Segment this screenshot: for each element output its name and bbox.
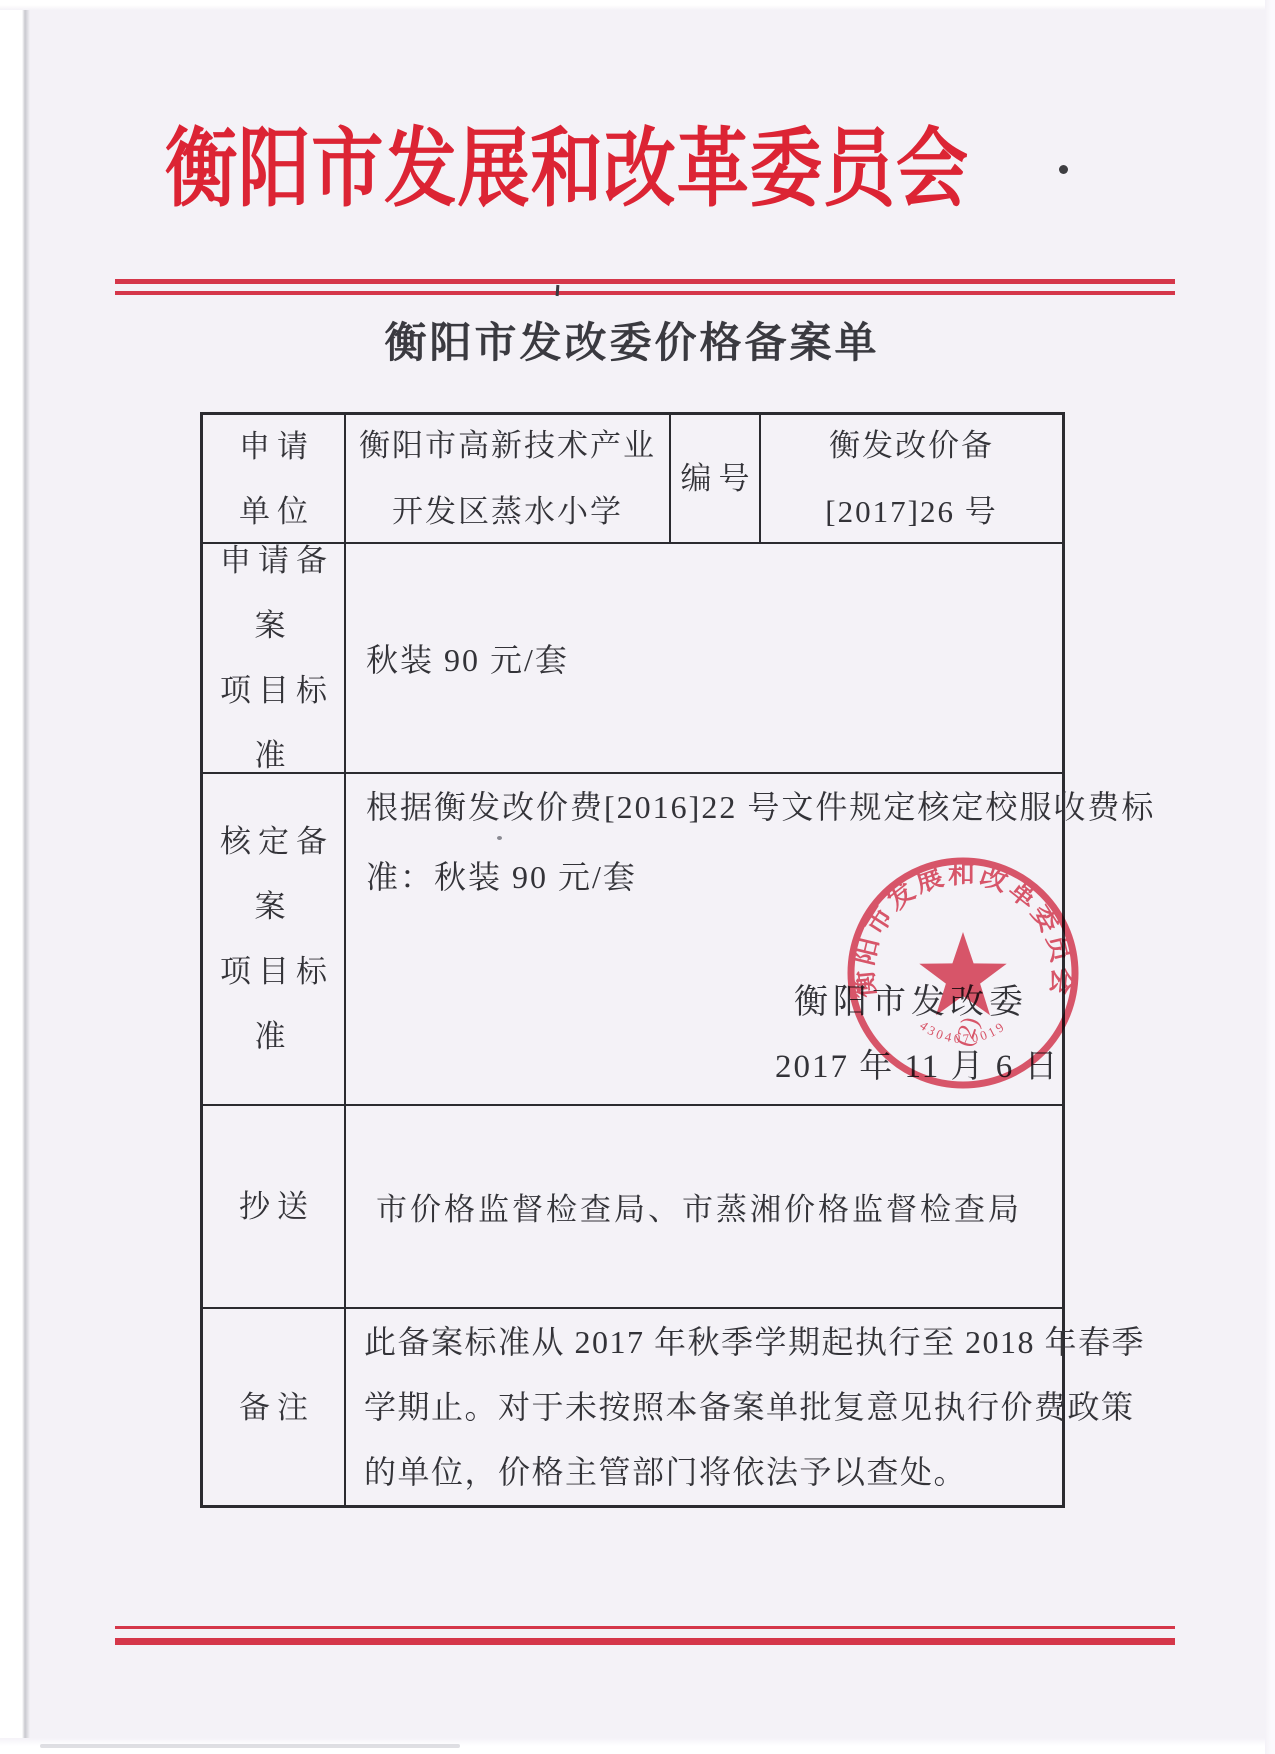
cell-copy-to-value: 市价格监督检查局、市蒸湘价格监督检查局 xyxy=(346,1106,1062,1307)
cell-number-label: 编号 xyxy=(671,415,761,542)
scan-smudge xyxy=(40,1744,460,1748)
table-row-approved-standard: 核定备案 项目标准 根据衡发改价费[2016]22 号文件规定核定校服收费标 准… xyxy=(203,774,1062,1106)
cell-remarks-label: 备注 xyxy=(203,1309,346,1505)
scanned-document-page: 衡阳市发展和改革委员会 衡阳市发改委价格备案单 申请 单位 衡阳市高新技术产业 … xyxy=(0,0,1275,1754)
approved-label-line2: 项目标准 xyxy=(203,939,344,1069)
agency-letterhead-title: 衡阳市发展和改革委员会 xyxy=(165,122,969,217)
copy-to-text: 市价格监督检查局、市蒸湘价格监督检查局 xyxy=(346,1184,1022,1229)
table-row-requested-standard: 申请备案 项目标准 秋装 90 元/套 xyxy=(203,544,1062,774)
approved-label-line1: 核定备案 xyxy=(203,809,344,939)
applicant-name-line1: 衡阳市高新技术产业 xyxy=(359,413,656,479)
scan-edge-top xyxy=(0,0,1275,10)
signing-date: 2017 年 11 月 6 日 xyxy=(775,1040,1060,1087)
document-number-line2: [2017]26 号 xyxy=(825,479,997,545)
cell-remarks-value: 此备案标准从 2017 年秋季学期起执行至 2018 年春季 学期止。对于未按照… xyxy=(346,1309,1145,1505)
requested-label-line2: 项目标准 xyxy=(203,658,344,788)
applicant-name-line2: 开发区蒸水小学 xyxy=(359,479,656,545)
price-filing-table: 申请 单位 衡阳市高新技术产业 开发区蒸水小学 编号 衡发改价备 [2017]2… xyxy=(200,412,1065,1508)
cell-requested-label: 申请备案 项目标准 xyxy=(203,544,346,772)
requested-standard-text: 秋装 90 元/套 xyxy=(346,635,569,681)
footer-rule-upper xyxy=(115,1626,1175,1629)
cell-applicant-value: 衡阳市高新技术产业 开发区蒸水小学 xyxy=(346,415,671,542)
requested-label-line1: 申请备案 xyxy=(203,528,344,658)
cell-requested-value: 秋装 90 元/套 xyxy=(346,544,1062,772)
remarks-label: 备注 xyxy=(232,1375,315,1440)
table-row-copy-to: 抄送 市价格监督检查局、市蒸湘价格监督检查局 xyxy=(203,1106,1062,1309)
cell-approved-label: 核定备案 项目标准 xyxy=(203,774,346,1104)
table-row-remarks: 备注 此备案标准从 2017 年秋季学期起执行至 2018 年春季 学期止。对于… xyxy=(203,1309,1062,1505)
number-label: 编号 xyxy=(674,446,757,511)
scan-edge-right xyxy=(1265,0,1275,1754)
cell-number-value: 衡发改价备 [2017]26 号 xyxy=(761,415,1062,542)
applicant-label-line1: 申请 xyxy=(232,414,315,479)
remarks-line2: 学期止。对于未按照本备案单批复意见执行价费政策 xyxy=(364,1375,1145,1440)
scan-speck-dot xyxy=(1059,165,1068,174)
cell-applicant-label: 申请 单位 xyxy=(203,415,346,542)
document-number-line1: 衡发改价备 xyxy=(825,413,997,479)
approved-standard-line2: 准：秋装 90 元/套 xyxy=(366,852,637,898)
signing-authority: 衡阳市发改委 xyxy=(794,974,1028,1023)
letterhead-rule-top-lower xyxy=(115,291,1175,295)
scan-edge-left xyxy=(0,0,30,1754)
cell-approved-value: 根据衡发改价费[2016]22 号文件规定核定校服收费标 准：秋装 90 元/套… xyxy=(346,774,1062,1104)
remarks-line1: 此备案标准从 2017 年秋季学期起执行至 2018 年春季 xyxy=(364,1310,1145,1375)
letterhead-rule-top-upper xyxy=(115,279,1175,284)
table-row-applicant: 申请 单位 衡阳市高新技术产业 开发区蒸水小学 编号 衡发改价备 [2017]2… xyxy=(203,415,1062,544)
footer-rule-lower xyxy=(115,1638,1175,1645)
approved-standard-line1: 根据衡发改价费[2016]22 号文件规定核定校服收费标 xyxy=(366,782,1155,828)
scan-speck-small xyxy=(497,836,502,840)
remarks-line3: 的单位，价格主管部门将依法予以查处。 xyxy=(364,1440,1145,1505)
form-title: 衡阳市发改委价格备案单 xyxy=(384,310,879,370)
copy-to-label: 抄送 xyxy=(232,1174,315,1239)
cell-copy-to-label: 抄送 xyxy=(203,1106,346,1307)
